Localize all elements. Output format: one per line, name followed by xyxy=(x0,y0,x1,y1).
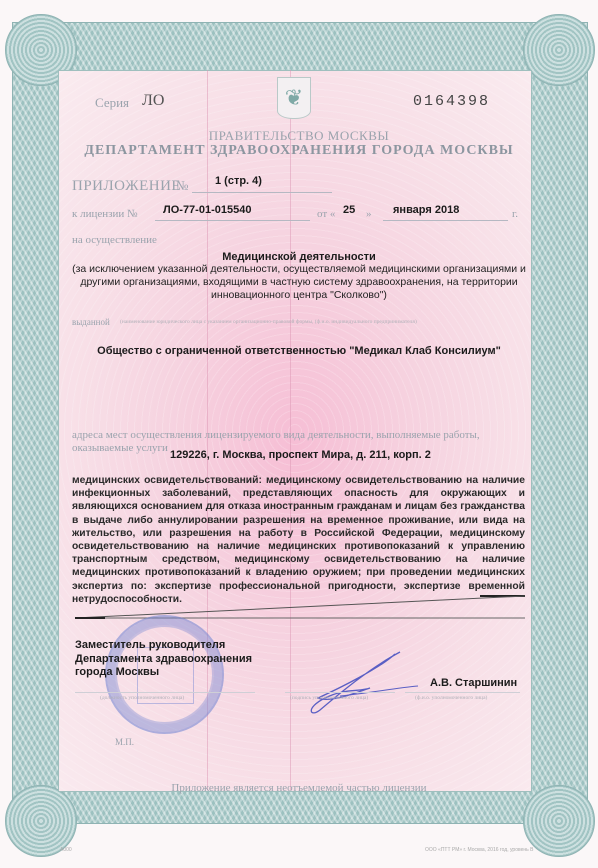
underline xyxy=(285,692,395,693)
appendix-number-value: 1 (стр. 4) xyxy=(215,175,262,187)
license-appendix-document: ❦ Серия ЛО 0164398 ПРАВИТЕЛЬСТВО МОСКВЫ … xyxy=(0,0,598,868)
corner-rosette xyxy=(523,14,595,86)
issued-to-label: выданной xyxy=(72,317,110,327)
license-number-label: к лицензии № xyxy=(72,208,138,220)
printer-info: ООО «ПТТ РМ» г. Москва, 2016 год, уровен… xyxy=(425,847,533,853)
issued-to-hint: (наименование юридического лица с указан… xyxy=(120,319,417,325)
department-name: ДЕПАРТАМЕНТ ЗДРАВООХРАНЕНИЯ ГОРОДА МОСКВ… xyxy=(0,143,598,159)
underline xyxy=(383,220,508,221)
underline xyxy=(405,692,520,693)
corner-rosette xyxy=(523,785,595,857)
license-date-from-label: от « xyxy=(317,208,335,220)
license-date-year-suffix: г. xyxy=(512,208,518,220)
activity-note: (за исключением указанной деятельности, … xyxy=(60,263,538,302)
signatory-name: А.В. Старшинин xyxy=(430,677,517,689)
position-hint: (должность уполномоченного лица) xyxy=(100,695,184,701)
underline xyxy=(75,692,255,693)
services-list: медицинских освидетельствований: медицин… xyxy=(72,474,525,606)
form-number: 0164398 xyxy=(413,93,490,110)
license-number-value: ЛО-77-01-015540 xyxy=(163,204,251,216)
license-date-day-close: » xyxy=(366,208,372,220)
address-value: 129226, г. Москва, проспект Мира, д. 211… xyxy=(170,449,431,461)
signature-hint: (подпись уполномоченного лица) xyxy=(290,695,368,701)
activity-title: Медицинской деятельности xyxy=(60,251,538,263)
government-name: ПРАВИТЕЛЬСТВО МОСКВЫ xyxy=(0,128,598,144)
series-value: ЛО xyxy=(142,92,164,110)
signatory-position: Заместитель руководителя Департамента зд… xyxy=(75,639,255,680)
footer-note: Приложение является неотъемлемой частью … xyxy=(0,782,598,794)
appendix-label: ПРИЛОЖЕНИЕ xyxy=(72,178,181,195)
series-label: Серия xyxy=(95,95,129,111)
z-strike-lines xyxy=(70,590,530,620)
license-date-month-year: января 2018 xyxy=(393,204,459,216)
underline xyxy=(155,220,310,221)
seal-place-label: М.П. xyxy=(115,737,134,747)
activity-for-label: на осуществление xyxy=(72,234,157,246)
print-code: А000 xyxy=(60,847,72,853)
coat-of-arms-icon: ❦ xyxy=(277,77,311,119)
appendix-number-label: № xyxy=(176,178,188,194)
license-date-day: 25 xyxy=(343,204,355,216)
organization-name: Общество с ограниченной ответственностью… xyxy=(60,345,538,357)
handwritten-signature xyxy=(300,648,420,718)
name-hint: (ф.и.о. уполномоченного лица) xyxy=(415,695,487,701)
underline xyxy=(192,192,332,193)
